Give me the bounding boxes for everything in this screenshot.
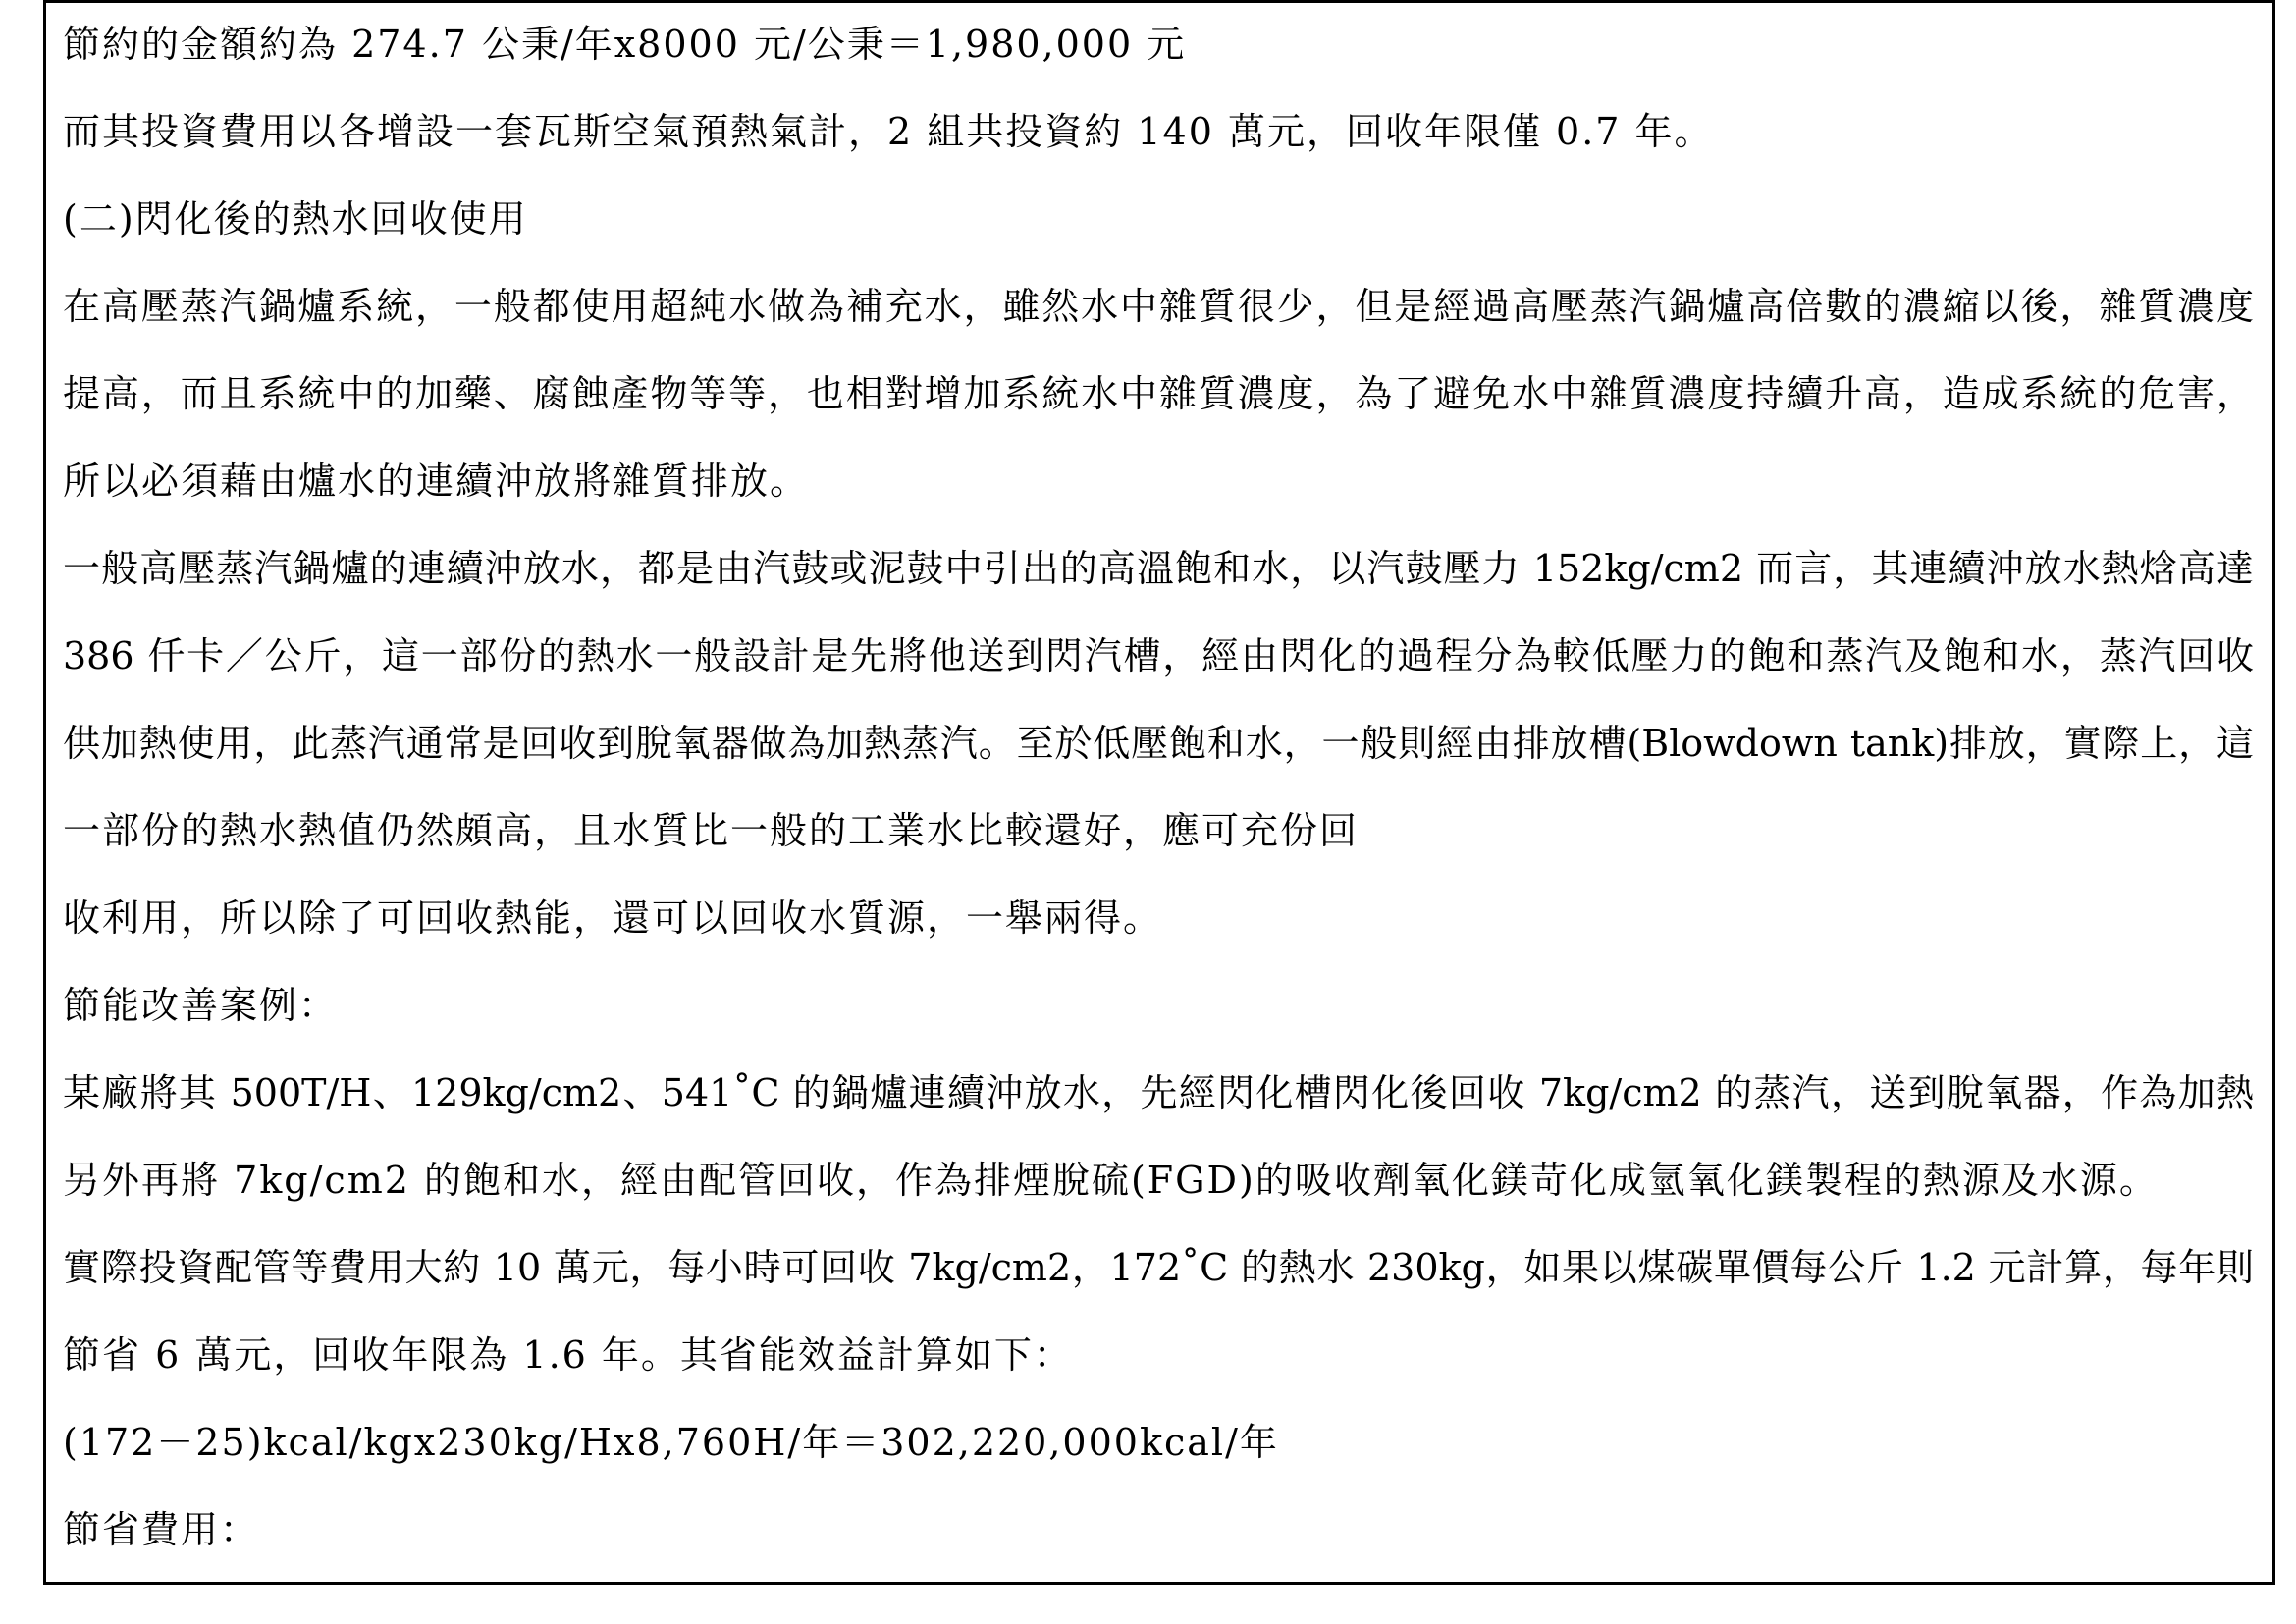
document-page: 節約的金額約為 274.7 公秉/年x8000 元/公秉＝1,980,000 元… <box>0 0 2296 1624</box>
text-line-6: 所以必須藉由爐水的連續沖放將雜質排放。 <box>63 438 2254 525</box>
text-line-4: 在高壓蒸汽鍋爐系統，一般都使用超純水做為補充水，雖然水中雜質很少，但是經過高壓蒸… <box>63 263 2254 351</box>
text-line-5: 提高，而且系統中的加藥、腐蝕產物等等，也相對增加系統水中雜質濃度，為了避免水中雜… <box>63 351 2254 438</box>
text-line-11: 收利用，所以除了可回收熱能，還可以回收水質源，一舉兩得。 <box>63 875 2254 962</box>
text-line-2: 而其投資費用以各增設一套瓦斯空氣預熱氣計，2 組共投資約 140 萬元，回收年限… <box>63 88 2254 176</box>
text-line-8: 386 仟卡／公斤，這一部份的熱水一般設計是先將他送到閃汽槽，經由閃化的過程分為… <box>63 613 2254 700</box>
text-line-10: 一部份的熱水熱值仍然頗高，且水質比一般的工業水比較還好，應可充份回 <box>63 787 2254 875</box>
text-line-15: 實際投資配管等費用大約 10 萬元，每小時可回收 7kg/cm2，172˚C 的… <box>63 1224 2254 1312</box>
text-line-16: 節省 6 萬元，回收年限為 1.6 年。其省能效益計算如下： <box>63 1312 2254 1399</box>
document-text-block: 節約的金額約為 274.7 公秉/年x8000 元/公秉＝1,980,000 元… <box>63 1 2254 1574</box>
text-line-9: 供加熱使用，此蒸汽通常是回收到脫氧器做為加熱蒸汽。至於低壓飽和水，一般則經由排放… <box>63 700 2254 787</box>
text-line-1: 節約的金額約為 274.7 公秉/年x8000 元/公秉＝1,980,000 元 <box>63 1 2254 88</box>
text-line-3: (二)閃化後的熱水回收使用 <box>63 176 2254 263</box>
text-line-17: (172－25)kcal/kgx230kg/Hx8,760H/年＝302,220… <box>63 1399 2254 1487</box>
text-line-7: 一般高壓蒸汽鍋爐的連續沖放水，都是由汽鼓或泥鼓中引出的高溫飽和水，以汽鼓壓力 1… <box>63 525 2254 613</box>
text-line-12: 節能改善案例： <box>63 962 2254 1050</box>
text-line-14: 另外再將 7kg/cm2 的飽和水，經由配管回收，作為排煙脫硫(FGD)的吸收劑… <box>63 1137 2254 1224</box>
text-line-18: 節省費用： <box>63 1487 2254 1574</box>
text-line-13: 某廠將其 500T/H、129kg/cm2、541˚C 的鍋爐連續沖放水，先經閃… <box>63 1050 2254 1137</box>
